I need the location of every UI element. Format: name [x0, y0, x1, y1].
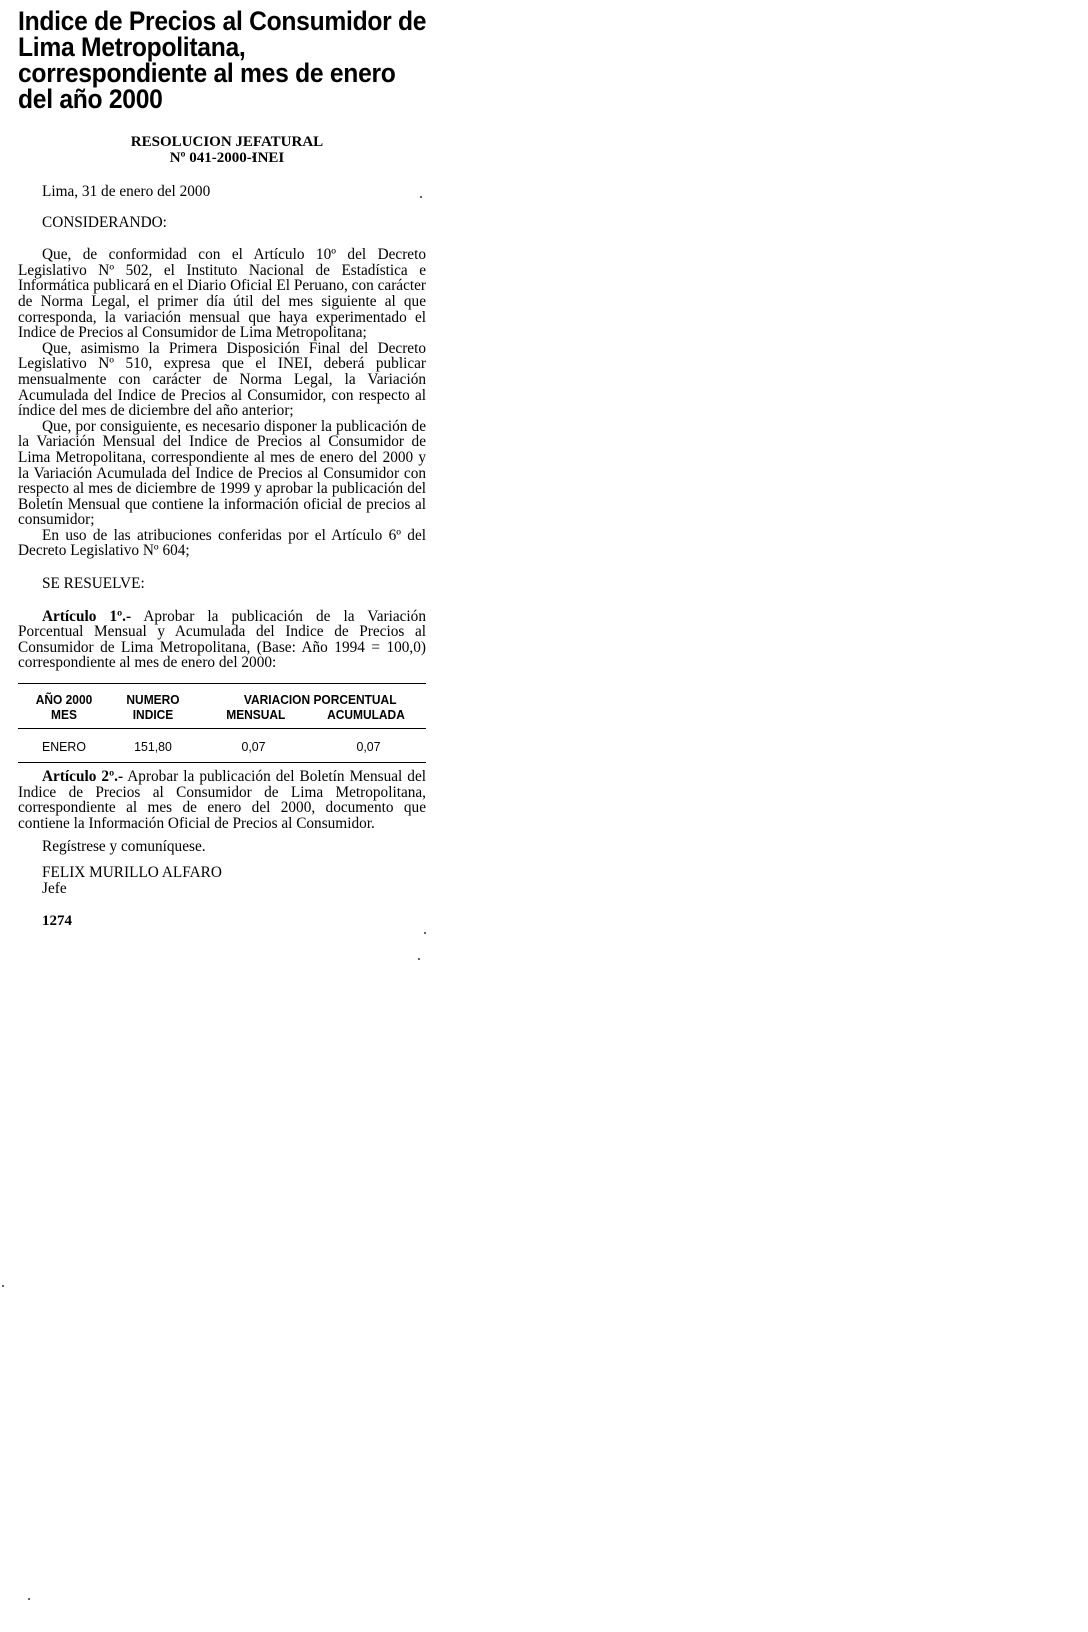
- article-1-label: Artículo 1º.-: [42, 608, 131, 625]
- se-resuelve-label: SE RESUELVE:: [18, 576, 426, 592]
- header-mes: AÑO 2000 MES: [22, 688, 107, 729]
- considerando-label: CONSIDERANDO:: [18, 215, 426, 231]
- table-header-row: AÑO 2000 MES NUMERO INDICE VARIACION POR…: [18, 688, 426, 729]
- resolution-header: RESOLUCION JEFATURAL Nº 041-2000-INEI: [28, 134, 426, 166]
- article-2-label: Artículo 2º.-: [42, 768, 123, 785]
- signatory-name: FELIX MURILLO ALFARO: [42, 865, 426, 881]
- considerando-paragraph: En uso de las atribuciones conferidas po…: [18, 528, 426, 559]
- document-page: Indice de Precios al Consumidor de Lima …: [18, 8, 426, 930]
- resolution-type: RESOLUCION JEFATURAL: [28, 134, 426, 150]
- article-1: Artículo 1º.- Aprobar la publicación de …: [18, 609, 426, 671]
- headline: Indice de Precios al Consumidor de Lima …: [18, 8, 427, 112]
- header-group-label: VARIACION PORCENTUAL: [205, 692, 417, 707]
- scan-speck: [28, 1598, 30, 1600]
- considerando-paragraph: Que, asimismo la Primera Disposición Fin…: [18, 341, 426, 419]
- signature-block: FELIX MURILLO ALFARO Jefe: [18, 865, 426, 896]
- table-row: ENERO 151,80 0,07 0,07: [18, 729, 426, 763]
- scan-speck: [252, 156, 254, 158]
- scan-speck: [420, 196, 422, 198]
- considerando-paragraph: Que, de conformidad con el Artículo 10º …: [18, 247, 426, 341]
- closing-formula: Regístrese y comuníquese.: [18, 839, 426, 855]
- signatory-title: Jefe: [42, 881, 426, 897]
- cell-acumulada: 0,07: [314, 729, 423, 763]
- cell-mes: ENERO: [20, 729, 107, 763]
- cell-numero-indice: 151,80: [112, 729, 194, 763]
- header-acumulada: ACUMULADA: [305, 707, 415, 722]
- page-number: 1274: [18, 913, 426, 930]
- header-variacion-porcentual: VARIACION PORCENTUAL MENSUALACUMULADA: [205, 688, 417, 729]
- header-numero-indice: NUMERO INDICE: [113, 688, 192, 729]
- header-mensual: MENSUAL: [206, 707, 305, 722]
- cell-mensual: 0,07: [199, 729, 308, 763]
- article-2: Artículo 2º.- Aprobar la publicación del…: [18, 769, 426, 831]
- considerandos: Que, de conformidad con el Artículo 10º …: [18, 247, 426, 559]
- scan-speck: [418, 958, 420, 960]
- scan-speck: [424, 932, 426, 934]
- scan-speck: [2, 1285, 4, 1287]
- ipc-table: AÑO 2000 MES NUMERO INDICE VARIACION POR…: [18, 683, 426, 763]
- document-date: Lima, 31 de enero del 2000: [18, 184, 426, 200]
- considerando-paragraph: Que, por consiguiente, es necesario disp…: [18, 419, 426, 528]
- resolution-number: Nº 041-2000-INEI: [28, 150, 426, 166]
